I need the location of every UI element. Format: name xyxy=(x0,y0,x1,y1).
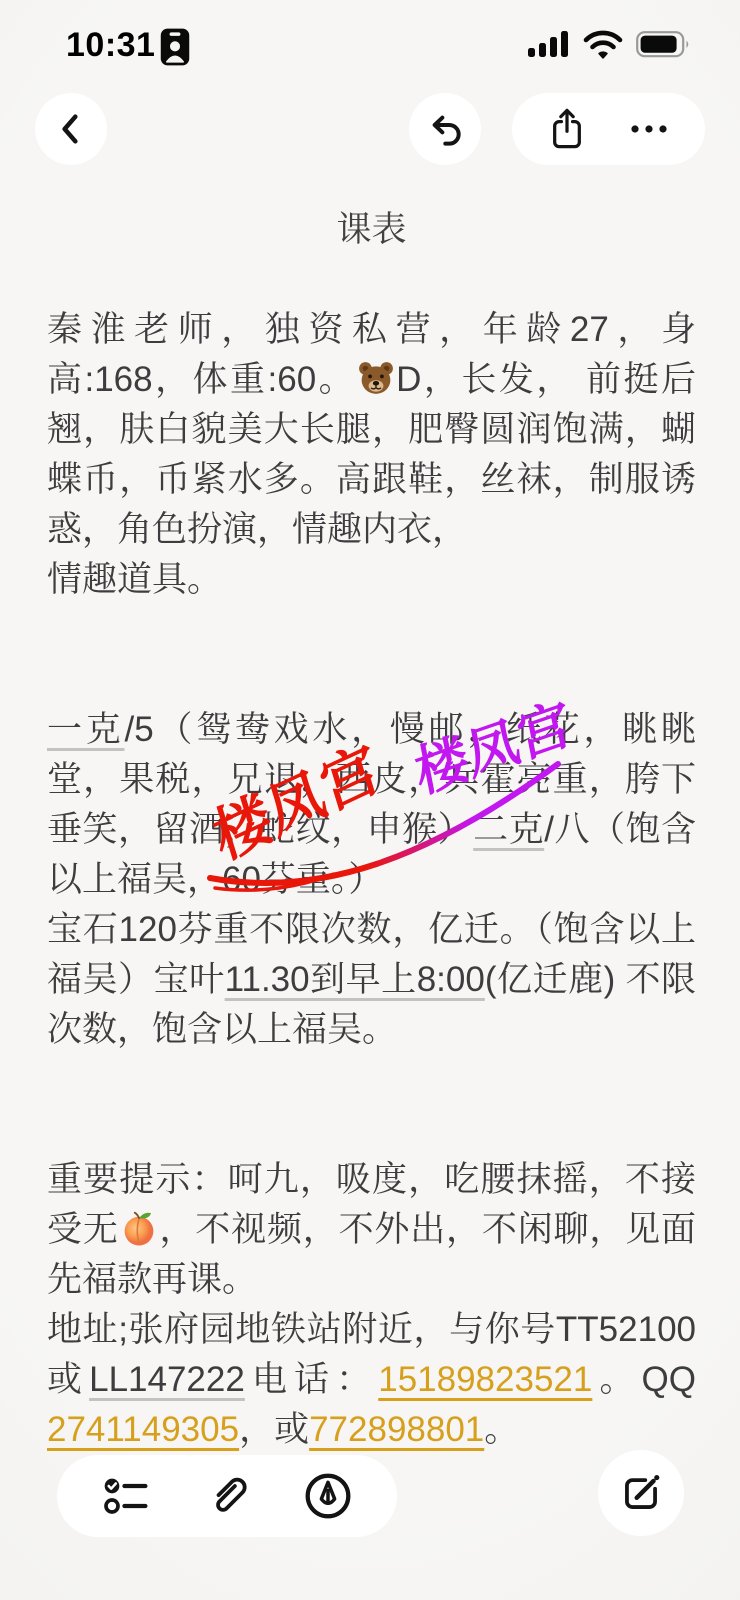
checklist-icon xyxy=(102,1474,152,1518)
battery-icon xyxy=(636,30,692,60)
text-run: 电话： xyxy=(245,1360,378,1399)
note-content[interactable]: 课表 秦淮老师，独资私营，年龄27，身高:168，体重:60。D，长发， 前挺后… xyxy=(0,205,740,1455)
share-button[interactable] xyxy=(540,101,594,157)
note-paragraph: 重要提示：呵九，吸度，吃腰抹摇，不接受无，不视频，不外出，不闲聊，见面先福款再课… xyxy=(47,1155,696,1305)
note-title: 课表 xyxy=(47,205,696,255)
text-run: 情趣道具。 xyxy=(47,560,222,599)
signal-icon xyxy=(528,30,570,60)
blank-line xyxy=(47,1105,696,1155)
contact-link[interactable]: 772898801 xyxy=(309,1410,484,1449)
detected-link[interactable]: 11.30到早上8:00 xyxy=(225,960,485,999)
back-button[interactable] xyxy=(35,93,107,165)
note-body: 秦淮老师，独资私营，年龄27，身高:168，体重:60。D，长发， 前挺后翘，肤… xyxy=(47,255,696,1455)
text-run: 。 xyxy=(484,1410,519,1449)
pen-circle-icon xyxy=(304,1472,352,1520)
bear-emoji xyxy=(357,359,395,397)
ellipsis-icon xyxy=(627,109,671,149)
checklist-button[interactable] xyxy=(94,1466,160,1526)
undo-button[interactable] xyxy=(409,93,481,165)
bottom-toolbar xyxy=(57,1455,397,1537)
chevron-left-icon xyxy=(51,109,91,149)
more-button[interactable] xyxy=(621,103,677,155)
contact-link[interactable]: 15189823521 xyxy=(378,1360,592,1399)
wifi-icon xyxy=(583,30,623,60)
blank-line xyxy=(47,655,696,705)
note-paragraph: 地址;张府园地铁站附近，与你号TT52100或LL147222电话：151898… xyxy=(47,1305,696,1455)
markup-pen-button[interactable] xyxy=(296,1464,360,1528)
text-run: 。QQ xyxy=(592,1360,696,1399)
detected-link[interactable]: LL147222 xyxy=(89,1360,245,1399)
text-run: ，或 xyxy=(239,1410,309,1449)
note-paragraph: 宝石120芬重不限次数，亿迁。（饱含以上福吴）宝叶11.30到早上8:00(亿迁… xyxy=(47,905,696,1055)
detected-link[interactable]: 二克 xyxy=(473,810,544,849)
peach-emoji xyxy=(120,1209,158,1247)
share-icon xyxy=(546,107,588,151)
status-bar: 10:31 xyxy=(0,22,740,68)
blank-line xyxy=(47,605,696,655)
nav-actions-pill xyxy=(512,93,705,165)
blank-line xyxy=(47,255,696,305)
contact-link[interactable]: 2741149305 xyxy=(47,1410,239,1449)
notes-app-screen: { "status_bar": { "time": "10:31", "icon… xyxy=(0,0,740,1600)
detected-link[interactable]: 一克 xyxy=(47,710,124,749)
status-time: 10:31 xyxy=(66,26,155,65)
note-paragraph: 一克/5（鸳鸯戏水，慢邮，纸花，眺眺堂，果税，兄退，西皮，兵霍亮重，胯下垂笑，留… xyxy=(47,705,696,905)
note-paragraph: 秦淮老师，独资私营，年龄27，身高:168，体重:60。D，长发， 前挺后翘，肤… xyxy=(47,305,696,555)
compose-button[interactable] xyxy=(598,1450,684,1536)
blank-line xyxy=(47,1055,696,1105)
person-badge-icon xyxy=(160,28,190,66)
undo-arrow-icon xyxy=(425,109,465,149)
compose-icon xyxy=(617,1469,665,1517)
note-paragraph: 情趣道具。 xyxy=(47,555,696,605)
attachment-button[interactable] xyxy=(197,1464,259,1528)
paperclip-icon xyxy=(205,1472,251,1520)
